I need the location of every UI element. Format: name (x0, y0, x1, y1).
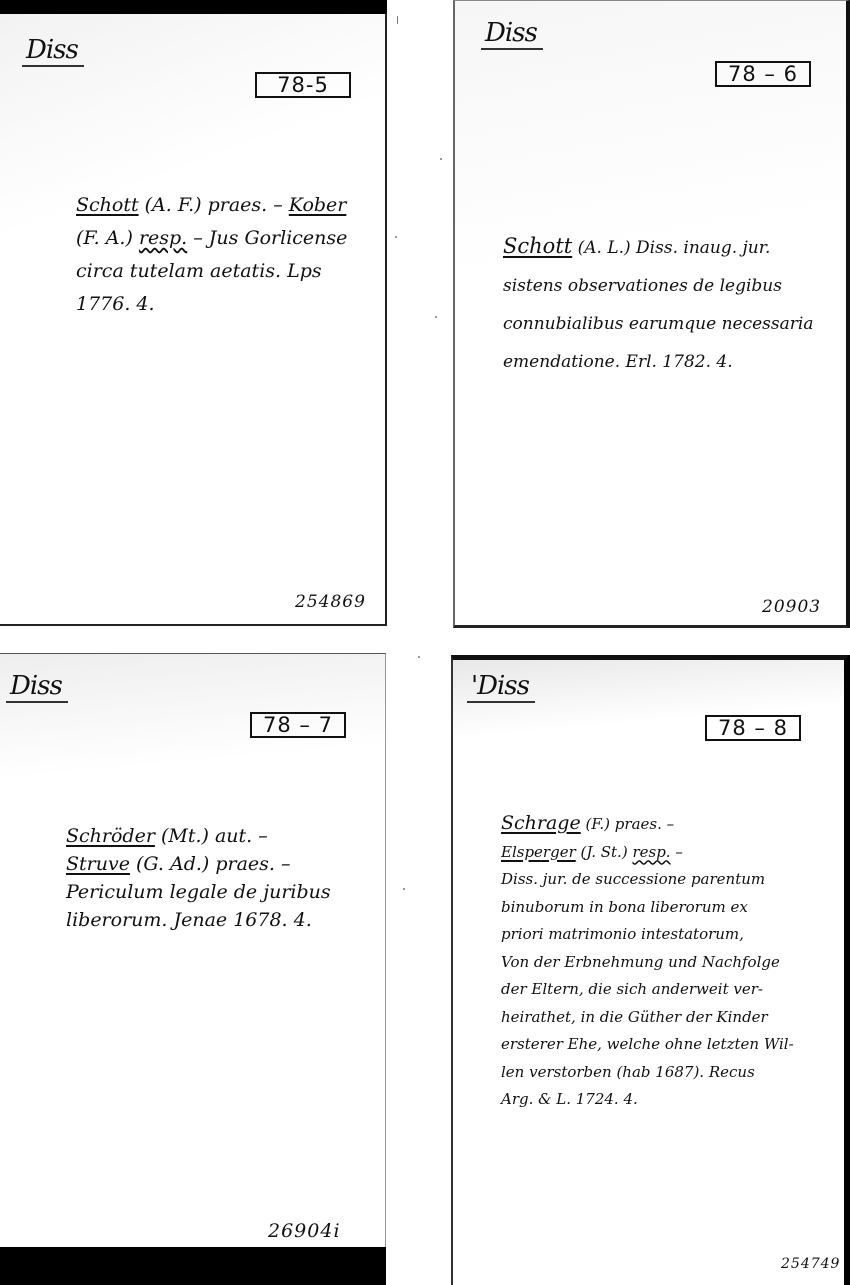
accession-number: 20903 (762, 597, 821, 617)
entry-line: Schott (A. F.) praes. – Kober (76, 189, 347, 222)
scan-speck (403, 888, 405, 890)
catalog-number-box: 78-5 (255, 72, 351, 98)
catalog-number-box: 78 – 6 (715, 61, 811, 87)
diss-header-mark: Diss (6, 672, 68, 703)
scan-speck (395, 236, 397, 238)
entry-line: (F. A.) resp. – Jus Gorlicense (76, 222, 347, 255)
entry-line: liberorum. Jenae 1678. 4. (66, 906, 331, 934)
entry-line: connubialibus earumque necessaria (503, 305, 813, 343)
entry-line: Von der Erbnehmung und Nachfolge (501, 949, 794, 977)
entry-line: Schröder (Mt.) aut. – (66, 822, 331, 850)
respondent-name: Elsperger (501, 843, 576, 861)
diss-header-mark: 'Diss (467, 672, 535, 703)
entry-line: Arg. & L. 1724. 4. (501, 1086, 794, 1114)
catalog-card-78-8: 'Diss 78 – 8 Schrage (F.) praes. – Elspe… (451, 655, 850, 1285)
author-name: Schröder (66, 825, 155, 847)
scan-speck (435, 316, 437, 318)
bibliographic-entry: Schröder (Mt.) aut. – Struve (G. Ad.) pr… (66, 822, 331, 934)
catalog-card-78-7: Diss 78 – 7 Schröder (Mt.) aut. – Struve… (0, 653, 386, 1247)
catalog-number-box: 78 – 7 (250, 712, 346, 738)
scan-speck (440, 158, 442, 160)
diss-header-mark: Diss (22, 36, 84, 67)
accession-number: 254749 (781, 1256, 840, 1272)
entry-line: Schott (A. L.) Diss. inaug. jur. (503, 227, 813, 267)
catalog-card-78-5: Diss 78-5 Schott (A. F.) praes. – Kober … (0, 14, 387, 626)
accession-number: 254869 (295, 592, 366, 612)
entry-line: binuborum in bona liberorum ex (501, 894, 794, 922)
bibliographic-entry: Schrage (F.) praes. – Elsperger (J. St.)… (501, 810, 794, 1114)
praeses-name: Struve (66, 853, 130, 875)
entry-line: priori matrimonio intestatorum, (501, 921, 794, 949)
accession-number: 26904i (268, 1220, 341, 1242)
entry-line: Schrage (F.) praes. – (501, 810, 794, 839)
catalog-card-78-6: Diss 78 – 6 Schott (A. L.) Diss. inaug. … (453, 0, 850, 628)
bibliographic-entry: Schott (A. F.) praes. – Kober (F. A.) re… (76, 189, 347, 321)
entry-line: len verstorben (hab 1687). Recus (501, 1059, 794, 1087)
entry-line: sistens observationes de legibus (503, 267, 813, 305)
entry-line: ersterer Ehe, welche ohne letzten Wil- (501, 1031, 794, 1059)
author-name: Schott (503, 234, 572, 258)
entry-line: 1776. 4. (76, 288, 347, 321)
respondent-name: Kober (289, 194, 347, 216)
scan-speck (418, 656, 420, 658)
author-name: Schrage (501, 812, 581, 834)
entry-line: heirathet, in die Güther der Kinder (501, 1004, 794, 1032)
entry-line: emendatione. Erl. 1782. 4. (503, 343, 813, 381)
author-name: Schott (76, 194, 139, 216)
catalog-number-box: 78 – 8 (705, 715, 801, 741)
entry-line: Diss. jur. de successione parentum (501, 866, 794, 894)
scan-speck (397, 16, 398, 24)
entry-line: Elsperger (J. St.) resp. – (501, 839, 794, 867)
bibliographic-entry: Schott (A. L.) Diss. inaug. jur. sistens… (503, 227, 813, 381)
diss-header-mark: Diss (481, 19, 543, 50)
scan-background-top (0, 0, 387, 14)
entry-line: der Eltern, die sich anderweit ver- (501, 976, 794, 1004)
entry-line: Periculum legale de juribus (66, 878, 331, 906)
entry-line: Struve (G. Ad.) praes. – (66, 850, 331, 878)
entry-line: circa tutelam aetatis. Lps (76, 255, 347, 288)
scan-background-bottom (0, 1247, 386, 1285)
